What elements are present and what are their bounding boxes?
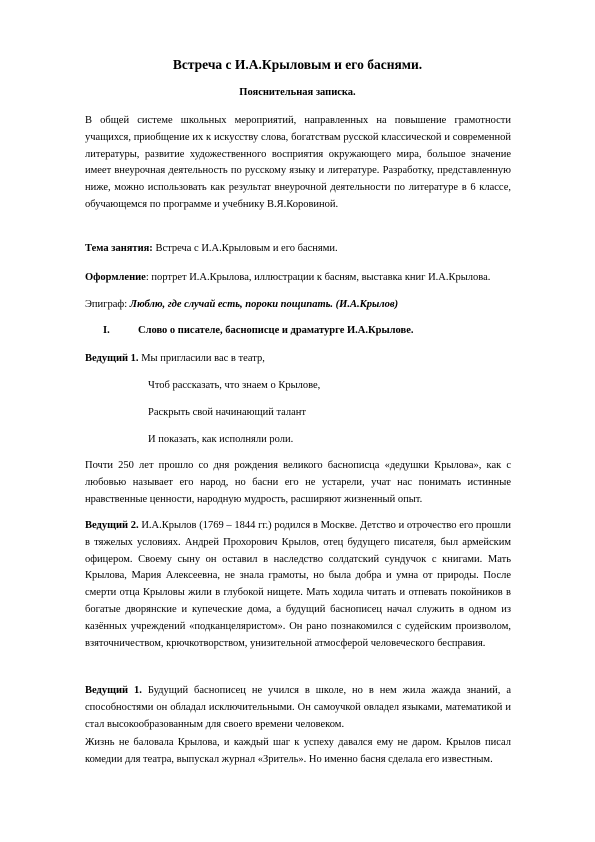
epigraph-text: Люблю, где случай есть, пороки пощипать.… <box>130 299 398 310</box>
host2-paragraph: Ведущий 2. И.А.Крылов (1769 – 1844 гг.) … <box>85 518 511 652</box>
host1b-text: Будущий баснописец не учился в школе, но… <box>85 685 511 730</box>
paragraph-250-years: Почти 250 лет прошло со дня рождения вел… <box>85 458 511 508</box>
verse-line-1: Чтоб рассказать, что знаем о Крылове, <box>148 380 320 391</box>
host1-paragraph: Ведущий 1. Будущий баснописец не учился … <box>85 683 511 733</box>
decor-text: : портрет И.А.Крылова, иллюстрации к бас… <box>146 272 491 283</box>
host1-label: Ведущий 1. <box>85 353 139 364</box>
host2-text: И.А.Крылов (1769 – 1844 гг.) родился в М… <box>85 520 511 649</box>
topic-text: Встреча с И.А.Крыловым и его баснями. <box>153 243 338 254</box>
document-title: Встреча с И.А.Крыловым и его баснями. <box>0 57 595 73</box>
epigraph-line: Эпиграф: Люблю, где случай есть, пороки … <box>85 298 398 312</box>
section-title: Слово о писателе, баснописце и драматург… <box>138 325 414 336</box>
document-page: Встреча с И.А.Крыловым и его баснями. По… <box>0 0 595 842</box>
topic-line: Тема занятия: Встреча с И.А.Крыловым и е… <box>85 242 338 256</box>
host1-text: Мы пригласили вас в театр, <box>139 353 265 364</box>
epigraph-label: Эпиграф: <box>85 299 130 310</box>
document-subtitle: Пояснительная записка. <box>0 87 595 98</box>
host1b-label: Ведущий 1. <box>85 685 142 696</box>
host1-intro-line: Ведущий 1. Мы пригласили вас в театр, <box>85 352 265 366</box>
verse-line-2: Раскрыть свой начинающий талант <box>148 407 306 418</box>
section-number: I. <box>103 325 110 336</box>
decor-label: Оформление <box>85 272 146 283</box>
host2-label: Ведущий 2. <box>85 520 139 531</box>
intro-paragraph: В общей системе школьных мероприятий, на… <box>85 113 511 214</box>
life-paragraph: Жизнь не баловала Крылова, и каждый шаг … <box>85 735 511 769</box>
decor-line: Оформление: портрет И.А.Крылова, иллюстр… <box>85 271 490 285</box>
verse-line-3: И показать, как исполняли роли. <box>148 434 293 445</box>
topic-label: Тема занятия: <box>85 243 153 254</box>
